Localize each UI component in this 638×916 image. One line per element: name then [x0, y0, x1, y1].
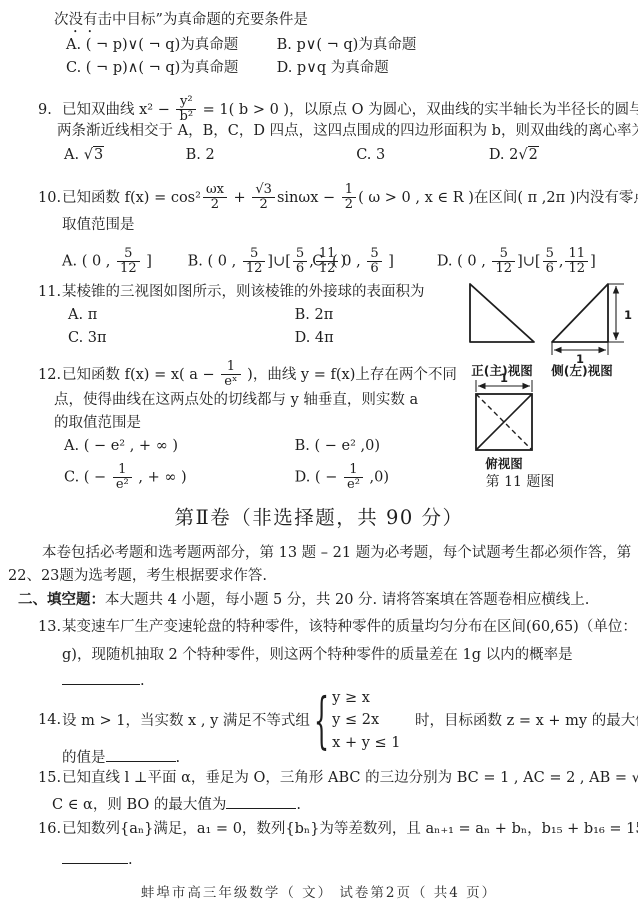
- q8-option-a: A. ( ¬ p)∨( ¬ q)为真命题: [66, 37, 272, 54]
- figure-caption: 第 11 题图: [486, 474, 555, 490]
- q16-stem-text: 已知数列{aₙ}满足，a₁ = 0，数列{bₙ}为等差数列，且 aₙ₊₁ = a…: [62, 821, 638, 837]
- q8-option-d: D. p∨q 为真命题: [277, 60, 389, 77]
- q11-stem-text: 某棱锥的三视图如图所示，则该棱锥的外接球的表面积为: [62, 284, 425, 300]
- q12-option-b: B. ( − e² ,0): [295, 438, 380, 455]
- q14-stem-text: 设 m > 1，当实数 x , y 满足不等式组{y ≥ xy ≤ 2xx + …: [62, 691, 638, 751]
- part2-intro-line1: 本卷包括必考题和选考题两部分，第 13 题 – 21 题为必考题，每个试题考生都…: [42, 545, 631, 562]
- q9-stem-line2: 两条渐近线相交于 A，B，C，D 四点，这四点围成的四边形面积为 b，则双曲线的…: [57, 123, 638, 140]
- q9-number: 9.: [38, 102, 62, 119]
- q8-stem-tail: 次没有击中目标”为真命题的充要条件是: [54, 12, 308, 36]
- q14-stem-line1: 14.设 m > 1，当实数 x , y 满足不等式组{y ≥ xy ≤ 2xx…: [38, 688, 638, 754]
- q10-option-d: D. ( 0 , 512]∪[56,1112]: [437, 247, 596, 276]
- side-view-triangle: [552, 284, 608, 342]
- fill-in-section-heading: 二、填空题：本大题共 4 小题，每小题 5 分，共 20 分. 请将答案填在答题…: [18, 591, 589, 609]
- q14-stem-line2: 的值是.: [62, 748, 180, 767]
- q11-option-c: C. 3π: [68, 330, 290, 347]
- q8-options-row2: C. ( ¬ p)∧( ¬ q)为真命题 D. p∨q 为真命题: [66, 60, 389, 77]
- question11-three-view-figure: 1 1 正(主)视图 侧(左)视图 1 俯视图 第 11 题图: [456, 276, 638, 494]
- q15-stem-text: 已知直线 l ⊥平面 α，垂足为 O，三角形 ABC 的三边分别为 BC = 1…: [62, 769, 638, 786]
- q8-option-c: C. ( ¬ p)∧( ¬ q)为真命题: [66, 60, 272, 77]
- q16-number: 16.: [38, 821, 62, 838]
- q9-option-b: B. 2: [186, 147, 352, 164]
- q12-options-row2: C. ( − 1e² , + ∞ ) D. ( − 1e² ,0): [64, 463, 389, 492]
- q13-stem-line1: 13.某变速车厂生产变速轮盘的特种零件，该特种零件的质量均匀分布在区间(60,6…: [38, 619, 637, 636]
- q9-option-d: D. 2√2: [489, 147, 539, 164]
- q10-option-c: C. ( 0 , 56 ]: [312, 247, 432, 276]
- q10-option-b: B. ( 0 , 512]∪[56,1112): [188, 247, 308, 276]
- fill-in-heading-label: 二、填空题：: [18, 591, 105, 608]
- q16-answer-blank-line: .: [62, 850, 133, 869]
- q12-option-a: A. ( − e² , + ∞ ): [64, 438, 290, 455]
- q11-stem: 11.某棱锥的三视图如图所示，则该棱锥的外接球的表面积为: [38, 284, 425, 301]
- q10-options-row: A. ( 0 , 512 ] B. ( 0 , 512]∪[56,1112) C…: [62, 247, 596, 276]
- top-view-label: 俯视图: [485, 456, 523, 471]
- q12-options-row1: A. ( − e² , + ∞ ) B. ( − e² ,0): [64, 438, 380, 455]
- part2-intro-line2: 22、23题为选考题，考生根据要求作答.: [8, 568, 267, 585]
- q13-stem-text: 某变速车厂生产变速轮盘的特种零件，该特种零件的质量均匀分布在区间(60,65)（…: [62, 619, 637, 635]
- q10-stem-text: 已知函数 f(x) = cos²ωx2 + √32sinωx − 12( ω >…: [62, 190, 638, 206]
- q13-stem-line2: g)，现随机抽取 2 个特种零件，则这两个特种零件的质量差在 1g 以内的概率是: [62, 647, 573, 664]
- q15-number: 15.: [38, 770, 62, 787]
- q8-option-b: B. p∨( ¬ q)为真命题: [277, 37, 417, 54]
- q11-option-d: D. 4π: [295, 330, 334, 347]
- q8-options-row1: A. ( ¬ p)∨( ¬ q)为真命题 B. p∨( ¬ q)为真命题: [66, 37, 416, 54]
- q16-stem-line1: 16.已知数列{aₙ}满足，a₁ = 0，数列{bₙ}为等差数列，且 aₙ₊₁ …: [38, 821, 638, 838]
- q12-number: 12.: [38, 367, 62, 384]
- q14-number: 14.: [38, 712, 62, 729]
- front-view-triangle: [470, 284, 534, 342]
- dim-label-top-width: 1: [500, 371, 508, 385]
- q10-stem-line2: 取值范围是: [62, 217, 135, 234]
- q9-options-row: A. √3 B. 2 C. 3 D. 2√2: [64, 147, 539, 164]
- fill-in-heading-rest: 本大题共 4 小题，每小题 5 分，共 20 分. 请将答案填在答题卷相应横线上…: [105, 592, 589, 608]
- q9-option-c: C. 3: [356, 147, 484, 164]
- side-view-label: 侧(左)视图: [550, 363, 612, 378]
- q11-number: 11.: [38, 284, 62, 301]
- q12-stem-line2: 点，使得曲线在这两点处的切线都与 y 轴垂直，则实数 a: [54, 392, 418, 409]
- page-footer: 蚌埠市高三年级数学（ 文） 试卷第2页（ 共4 页）: [0, 885, 638, 901]
- q10-number: 10.: [38, 190, 62, 207]
- q11-options-row1: A. π B. 2π: [68, 307, 333, 324]
- dim-label-height: 1: [624, 308, 632, 322]
- q12-option-d: D. ( − 1e² ,0): [295, 463, 389, 492]
- part2-title: 第Ⅱ卷（非选择题，共 90 分）: [0, 506, 638, 529]
- q10-stem-line1: 10.已知函数 f(x) = cos²ωx2 + √32sinωx − 12( …: [38, 183, 638, 212]
- q12-stem-text: 已知函数 f(x) = x( a − 1eˣ )，曲线 y = f(x)上存在两…: [62, 367, 457, 383]
- q12-stem-line3: 的取值范围是: [54, 415, 141, 432]
- q11-option-b: B. 2π: [295, 307, 334, 324]
- q9-stem-text: 已知双曲线 x² − y²b² = 1( b > 0 )，以原点 O 为圆心，双…: [62, 102, 638, 118]
- q13-number: 13.: [38, 619, 62, 636]
- q15-stem-line2: C ∈ α，则 BO 的最大值为.: [52, 795, 301, 814]
- q9-option-a: A. √3: [64, 147, 181, 164]
- exam-page: 次没有击中目标”为真命题的充要条件是 A. ( ¬ p)∨( ¬ q)为真命题 …: [0, 0, 638, 916]
- q12-option-c: C. ( − 1e² , + ∞ ): [64, 463, 290, 492]
- q11-options-row2: C. 3π D. 4π: [68, 330, 334, 347]
- q15-stem-line1: 15.已知直线 l ⊥平面 α，垂足为 O，三角形 ABC 的三边分别为 BC …: [38, 770, 638, 787]
- q9-stem-line1: 9.已知双曲线 x² − y²b² = 1( b > 0 )，以原点 O 为圆心…: [38, 95, 638, 124]
- q10-option-a: A. ( 0 , 512 ]: [62, 247, 183, 276]
- q11-option-a: A. π: [68, 307, 290, 324]
- q12-stem-line1: 12.已知函数 f(x) = x( a − 1eˣ )，曲线 y = f(x)上…: [38, 360, 457, 389]
